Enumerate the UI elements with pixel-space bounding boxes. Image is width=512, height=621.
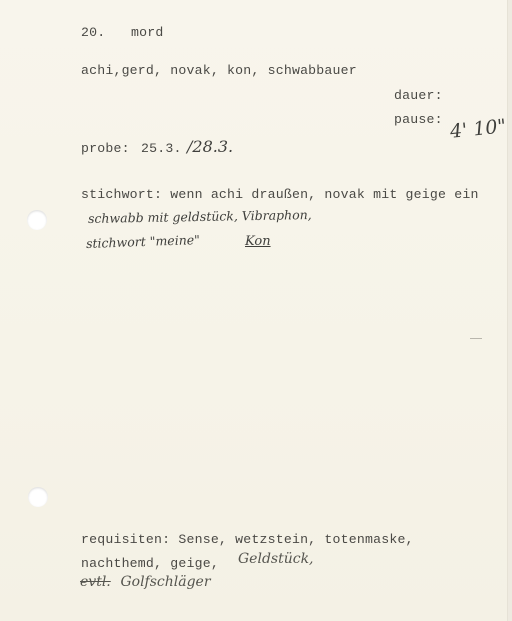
scene-number: 20.: [81, 25, 105, 40]
page-edge: [507, 0, 512, 621]
requisiten-struck-evtl: evtl.: [80, 574, 111, 590]
requisiten-handwritten-geldstueck: Geldstück,: [238, 551, 314, 567]
dauer-label: dauer:: [394, 88, 443, 103]
requisiten-line-2: nachthemd, geige,: [81, 556, 227, 571]
punch-hole-bottom: [28, 487, 48, 507]
pencil-mark: [470, 338, 482, 339]
stichwort-typed: stichwort: wenn achi draußen, novak mit …: [81, 187, 479, 202]
punch-hole-top: [27, 210, 47, 230]
requisiten-handwritten-golfschlaeger: Golfschläger: [116, 574, 211, 590]
pause-label: pause:: [394, 112, 443, 127]
scene-title: mord: [131, 25, 163, 40]
stichwort-handwritten-kon: Kon: [245, 234, 271, 249]
probe-handwritten-date: /28.3.: [187, 137, 233, 156]
requisiten-line-1: requisiten: Sense, wetzstein, totenmaske…: [81, 532, 414, 547]
probe-label: probe:: [81, 141, 130, 156]
probe-typed-date: 25.3.: [141, 141, 182, 156]
cast-list: achi,gerd, novak, kon, schwabbauer: [81, 63, 357, 78]
